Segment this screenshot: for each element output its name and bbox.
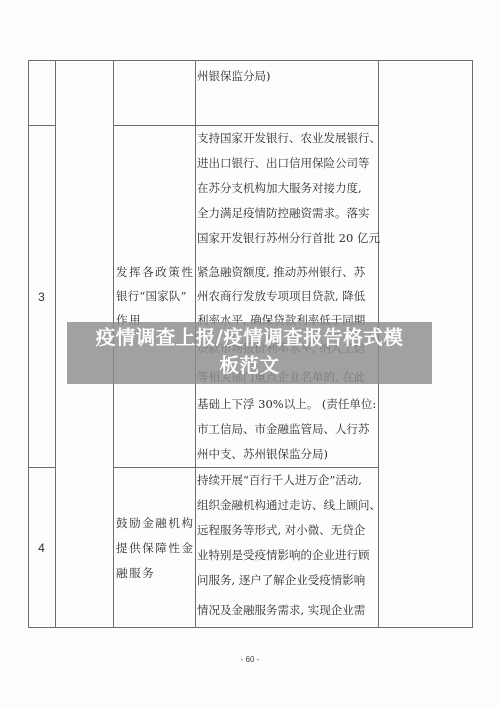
content-cell-line: 州农商行发放专项项目贷款, 降低 [197,284,365,309]
page-number: - 60 - [0,655,500,664]
overlay-title-line-2: 板范文 [67,352,432,380]
content-cell-line: 市工信局、市金融监管局、人行苏 [197,417,370,442]
overlay-title-line-1: 疫情调查上报/疫情调查报告格式模 [67,324,432,352]
measure-cell-line: 银行“国家队” [116,284,187,309]
content-cell-line: 问服务, 逐户了解企业受疫情影响 [197,568,365,593]
measure-cell-line: 发挥各政策性 [116,260,195,285]
measure-cell-line: 提供保障性金 [116,536,195,561]
overlay-title: 疫情调查上报/疫情调查报告格式模 板范文 [67,324,432,380]
content-cell-line: 远程服务等形式, 对小微、无贷企 [197,518,365,543]
content-cell-line: 持续开展“百行千人进万企”活动, [197,468,362,493]
content-cell-line: 紧急融资额度, 推动苏州银行、苏 [197,260,365,285]
content-cell-line: 在苏分支机构加大服务对接力度, [197,176,362,201]
content-cell-line: 基础上下浮 30%以上。 (责任单位: [197,392,376,417]
content-cell-line: 业特别是受疫情影响的企业进行顾 [197,543,370,568]
content-cell-line: 支持国家开发银行、农业发展银行、 [197,126,381,151]
row-index: 4 [28,541,55,555]
content-cell-line: 情况及金融服务需求, 实现企业需 [197,598,365,623]
col-divider [55,60,56,628]
table-border-right [472,60,473,628]
content-cell-line: 全力满足疫情防控融资需求。落实 [197,201,370,226]
content-cell-line: 州中支、苏州银保监分局) [197,442,328,467]
row-divider [28,125,55,126]
content-cell-line: 国家开发银行苏州分行首批 20 亿元 [197,226,380,251]
title-overlay-banner: 疫情调查上报/疫情调查报告格式模 板范文 [67,322,432,384]
content-cell-line: 州银保监分局) [197,64,271,89]
row-index: 3 [28,290,55,304]
content-cell-line: 组织金融机构通过走访、线上顾问、 [197,493,381,518]
table-border-bottom [28,627,473,628]
row-divider [28,467,55,468]
table-border-top [28,60,473,61]
content-cell-line: 进出口银行、出口信用保险公司等 [197,151,370,176]
measure-cell-line: 鼓励金融机构 [116,511,195,536]
measure-cell-line: 融服务 [116,561,155,586]
